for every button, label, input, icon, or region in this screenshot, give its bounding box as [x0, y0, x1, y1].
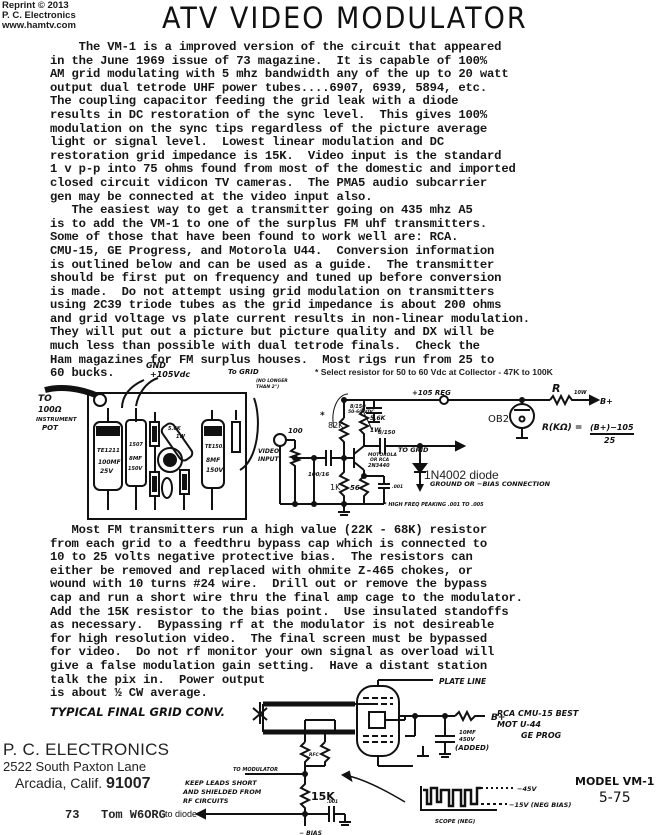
label-diode: 1N4002 diode [424, 468, 499, 482]
label-plate-line: PLATE LINE [439, 677, 487, 686]
formula-left: R(KΩ) = [542, 423, 582, 433]
label-cap-voltage: 450V [459, 737, 475, 743]
label-10w: 10W [574, 390, 587, 396]
note-rca: RCA CMU-15 BEST [497, 708, 578, 719]
label-bypass: .001 [327, 799, 338, 805]
model-date: 5-75 [575, 790, 654, 807]
label-supply-cap: 8/150 [350, 404, 366, 410]
label-peaking-note: * HIGH FREQ PEAKING .001 TO .005 [384, 502, 484, 508]
label-to-grid: TO GRID [398, 446, 429, 454]
transmitter-notes: RCA CMU-15 BEST MOT U-44 GE PROG [497, 708, 578, 741]
reprint-notice: Reprint © 2013 P. C. Electronics www.ham… [2, 1, 76, 31]
modulator-schematic: VIDEO INPUT 100 100/16 82K * 1K 56 50-60… [250, 380, 670, 520]
label-to-grid: To GRID [228, 368, 259, 376]
label-bias: − BIAS [299, 830, 322, 835]
label-1k: 1K [330, 483, 341, 492]
label-bplus: B+ [600, 397, 613, 406]
label-5-6k: 5.6K [370, 415, 387, 422]
label-transistor-3: 2N3440 [368, 463, 390, 469]
company-zip: 91007 [106, 775, 151, 792]
label-ob2: OB2 [488, 414, 509, 425]
note-ge: GE PROG [497, 730, 578, 741]
label-gnd: GND [146, 361, 166, 370]
label-video-input: VIDEO [258, 448, 279, 455]
label-scope-15v: −15V (NEG BIAS) [509, 801, 571, 809]
company-street: 2522 South Paxton Lane [3, 759, 169, 775]
cap2-voltage: 150V [128, 466, 143, 472]
resistor-selection-note: * Select resistor for 50 to 60 Vdc at Co… [315, 367, 553, 377]
cap1-value: 100MF [98, 459, 121, 466]
company-city: Arcadia, Calif. [15, 775, 102, 791]
page-title: ATV VIDEO MODULATOR [162, 2, 528, 35]
formula-numerator: (B+)−105 [590, 423, 634, 432]
label-pot-100: 100 [288, 427, 303, 435]
model-info: MODEL VM-1 5-75 [575, 773, 654, 807]
label-105vdc: +105Vdc [150, 370, 190, 379]
label-pot-value: 100Ω [38, 405, 62, 414]
cap3-voltage: 150V [206, 467, 225, 474]
signoff: 73 Tom W6ORG [65, 808, 166, 822]
res-5-6k-watt: 1W [176, 434, 185, 440]
note-mot: MOT U-44 [497, 719, 578, 730]
label-keep-leads-3: RF CIRCUITS [183, 797, 229, 805]
label-to-modulator: TO MODULATOR [233, 767, 278, 773]
label-video-input-2: INPUT [258, 456, 280, 463]
company-name: P. C. ELECTRONICS [3, 740, 169, 759]
model-name: MODEL VM-1 [575, 773, 654, 790]
label-keep-leads-2: AND SHIELDED FROM [182, 788, 262, 796]
company-address: P. C. ELECTRONICS 2522 South Paxton Lane… [3, 740, 169, 792]
label-pot: POT [42, 424, 59, 432]
label-peaking-cap: .001 [392, 484, 403, 490]
label-keep-leads-1: KEEP LEADS SHORT [185, 779, 257, 787]
body-paragraph-intro: The VM-1 is a improved version of the ci… [50, 41, 530, 381]
label-r: R [552, 382, 560, 395]
label-105-reg: +105 REG [412, 389, 451, 397]
reprint-line: www.hamtv.com [2, 21, 76, 31]
cap1-voltage: 25V [100, 468, 114, 475]
body-paragraph-conversion: Most FM transmitters run a high value (2… [50, 524, 523, 701]
label-scope-45v: −45V [517, 785, 537, 793]
cap3-value: 8MF [206, 457, 221, 464]
cap1-part: TE1211 [97, 448, 120, 454]
label-82k: 82K [328, 421, 344, 430]
label-scope: SCOPE (NEG) [435, 819, 475, 825]
cap2-part: 1507 [129, 442, 143, 448]
label-to-diode: to diode [165, 809, 197, 819]
final-grid-title: TYPICAL FINAL GRID CONV. [50, 705, 225, 719]
label-to-pot: TO [38, 394, 52, 404]
cap2-value: 8MF [129, 456, 142, 462]
board-layout-drawing: GND +105Vdc TO 100Ω INSTRUMENT POT To GR… [0, 360, 260, 520]
label-cap-out: 8/150 [378, 430, 395, 436]
label-cap-added: (ADDED) [455, 744, 489, 752]
company-city-line: Arcadia, Calif. 91007 [3, 775, 169, 792]
label-rfc: RFC [309, 752, 320, 758]
cap3-part: TE1501 [205, 444, 226, 450]
final-grid-schematic: PLATE LINE B+ 10MF 450V (ADDED) RFC TO M… [245, 680, 545, 835]
label-cap-value: 10MF [459, 730, 476, 736]
label-56: 56 [350, 484, 360, 492]
label-star: * [320, 411, 325, 421]
res-5-6k-label: 5.6K [168, 426, 182, 432]
label-cap-in: 100/16 [308, 472, 329, 478]
formula-denominator: 25 [604, 436, 616, 445]
label-pot-type: INSTRUMENT [36, 417, 78, 423]
